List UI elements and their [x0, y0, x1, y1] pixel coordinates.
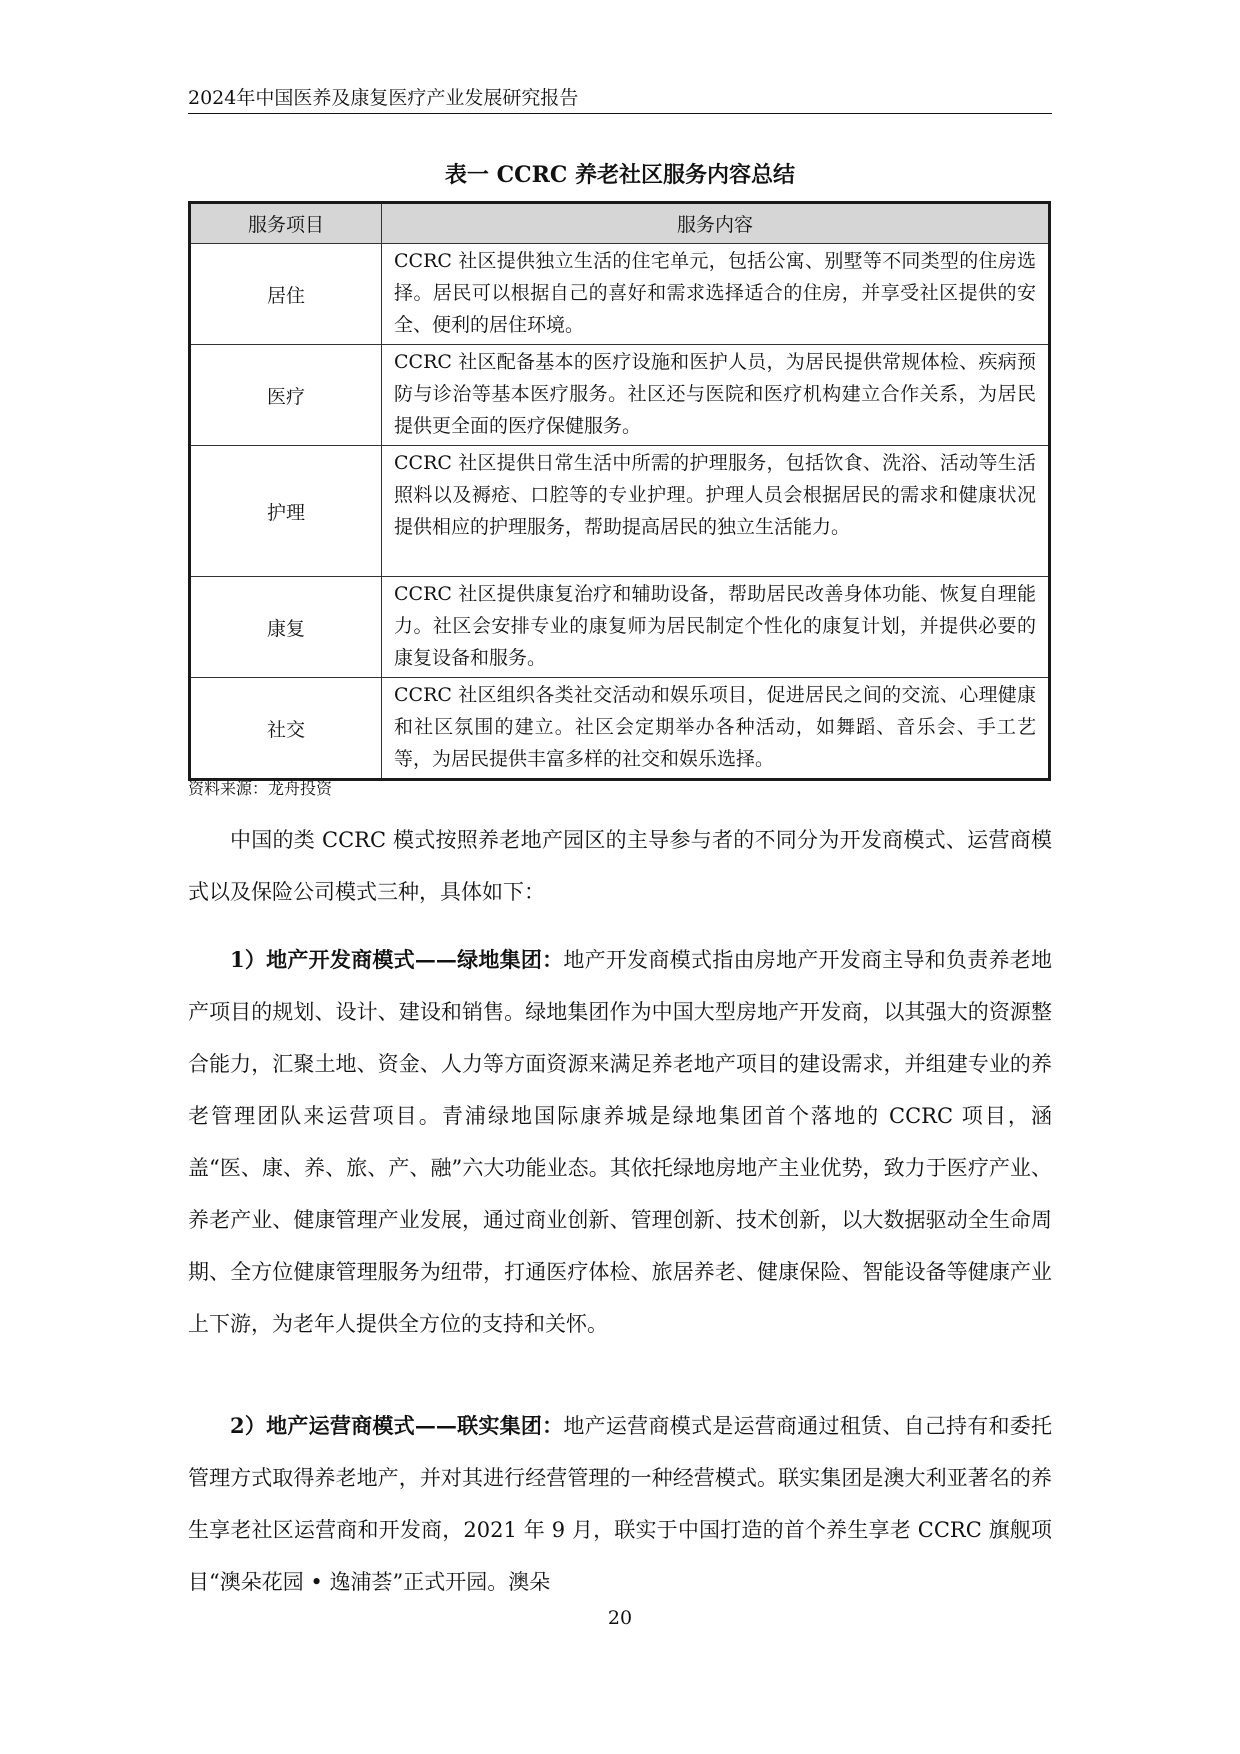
- table-row: 医疗 CCRC 社区配备基本的医疗设施和医护人员，为居民提供常规体检、疾病预防与…: [190, 345, 1050, 446]
- column-header-service-content: 服务内容: [382, 203, 1050, 244]
- row-content: CCRC 社区提供独立生活的住宅单元，包括公寓、别墅等不同类型的住房选择。居民可…: [382, 244, 1050, 345]
- table-row: 护理 CCRC 社区提供日常生活中所需的护理服务，包括饮食、洗浴、活动等生活照料…: [190, 446, 1050, 577]
- table-row: 社交 CCRC 社区组织各类社交活动和娱乐项目，促进居民之间的交流、心理健康和社…: [190, 678, 1050, 780]
- row-item: 居住: [190, 244, 382, 345]
- row-item: 护理: [190, 446, 382, 577]
- header-divider: [188, 113, 1052, 114]
- running-header: 2024年中国医养及康复医疗产业发展研究报告: [188, 86, 1052, 110]
- table-row: 康复 CCRC 社区提供康复治疗和辅助设备，帮助居民改善身体功能、恢复自理能力。…: [190, 577, 1050, 678]
- paragraph-operator-model: 2）地产运营商模式——联实集团：地产运营商模式是运营商通过租赁、自己持有和委托管…: [188, 1400, 1052, 1608]
- paragraph-body: 地产开发商模式指由房地产开发商主导和负责养老地产项目的规划、设计、建设和销售。绿…: [188, 948, 1052, 1336]
- intro-paragraph: 中国的类 CCRC 模式按照养老地产园区的主导参与者的不同分为开发商模式、运营商…: [188, 814, 1052, 918]
- paragraph-body: 地产运营商模式是运营商通过租赁、自己持有和委托管理方式取得养老地产，并对其进行经…: [188, 1414, 1052, 1594]
- table-row: 居住 CCRC 社区提供独立生活的住宅单元，包括公寓、别墅等不同类型的住房选择。…: [190, 244, 1050, 345]
- row-item: 医疗: [190, 345, 382, 446]
- paragraph-developer-model: 1）地产开发商模式——绿地集团：地产开发商模式指由房地产开发商主导和负责养老地产…: [188, 934, 1052, 1350]
- page-number: 20: [188, 1607, 1052, 1629]
- row-content: CCRC 社区组织各类社交活动和娱乐项目，促进居民之间的交流、心理健康和社区氛围…: [382, 678, 1050, 780]
- paragraph-lead-heading: 2）地产运营商模式——联实集团：: [230, 1413, 563, 1438]
- column-header-service-item: 服务项目: [190, 203, 382, 244]
- service-table: 服务项目 服务内容 居住 CCRC 社区提供独立生活的住宅单元，包括公寓、别墅等…: [188, 201, 1051, 781]
- paragraph-lead-heading: 1）地产开发商模式——绿地集团：: [230, 947, 563, 972]
- row-content: CCRC 社区提供日常生活中所需的护理服务，包括饮食、洗浴、活动等生活照料以及褥…: [382, 446, 1050, 577]
- row-item: 社交: [190, 678, 382, 780]
- row-item: 康复: [190, 577, 382, 678]
- row-content: CCRC 社区配备基本的医疗设施和医护人员，为居民提供常规体检、疾病预防与诊治等…: [382, 345, 1050, 446]
- table-title: 表一 CCRC 养老社区服务内容总结: [188, 160, 1052, 190]
- row-content: CCRC 社区提供康复治疗和辅助设备，帮助居民改善身体功能、恢复自理能力。社区会…: [382, 577, 1050, 678]
- table-header-row: 服务项目 服务内容: [190, 203, 1050, 244]
- table-source-note: 资料来源：龙舟投资: [188, 778, 332, 800]
